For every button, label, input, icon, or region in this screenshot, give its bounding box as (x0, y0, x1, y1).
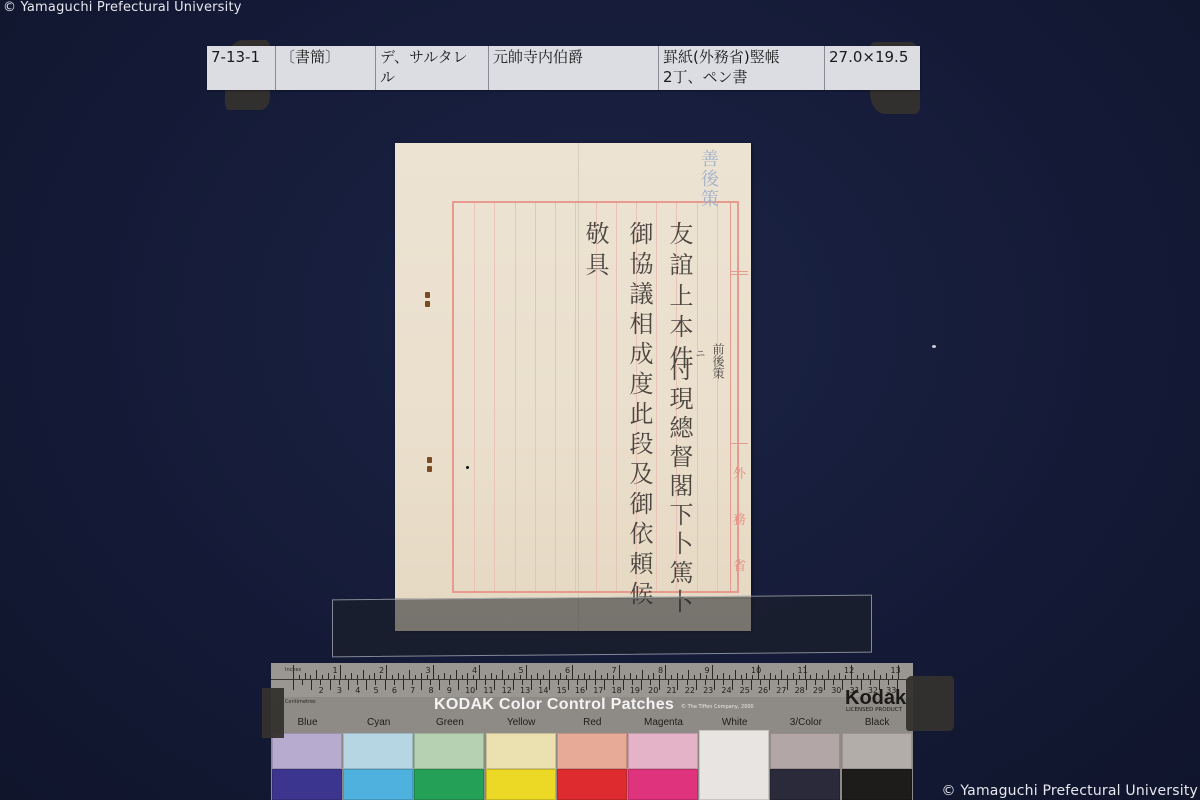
inch-tick (665, 665, 666, 679)
staple-hole-1 (425, 292, 430, 298)
inch-tick (485, 675, 486, 679)
inch-number: 12 (844, 666, 854, 675)
patch-label: Cyan (343, 717, 414, 728)
cm-tick (357, 680, 358, 685)
cm-number: 29 (813, 686, 823, 695)
inch-tick (630, 673, 631, 679)
interlinear-particle: ニ (691, 348, 706, 358)
cm-tick (677, 680, 678, 690)
cm-number: 8 (428, 686, 433, 695)
margin-rule-top (730, 271, 748, 272)
inch-tick (322, 675, 323, 679)
text-column-3: 敬具 (583, 221, 607, 283)
inch-tick (462, 675, 463, 679)
inch-tick (496, 675, 497, 679)
cm-tick (778, 680, 779, 685)
patch-saturated (842, 769, 912, 800)
inch-tick (799, 675, 800, 679)
inch-tick (764, 675, 765, 679)
label-cell: デ、サルタレ ル (376, 46, 489, 90)
ruled-line (697, 203, 698, 591)
ruled-line (515, 203, 516, 591)
inch-tick (619, 665, 620, 679)
card-copyright: © The Tiffen Company, 2000 (681, 704, 754, 710)
cm-tick (641, 680, 642, 690)
cm-tick (751, 680, 752, 690)
inch-tick (659, 675, 660, 679)
cm-tick (723, 680, 724, 685)
mount-pin (932, 345, 936, 348)
cm-number: 19 (630, 686, 640, 695)
patch-light (628, 733, 698, 769)
inch-tick (613, 675, 614, 679)
patch-light (272, 733, 342, 769)
cm-number: 25 (740, 686, 750, 695)
inch-tick (648, 675, 649, 679)
inch-tick (409, 670, 410, 679)
inch-tick (880, 675, 881, 679)
inch-tick (467, 673, 468, 679)
inch-tick (305, 673, 306, 679)
inch-tick (369, 675, 370, 679)
inch-tick (700, 673, 701, 679)
inch-tick (293, 665, 294, 679)
inch-tick (810, 675, 811, 679)
tape-card-right (906, 676, 954, 731)
inch-tick (456, 670, 457, 679)
margin-stamp-2: 務 (733, 509, 746, 528)
cm-tick (549, 680, 550, 690)
inch-tick (555, 675, 556, 679)
cm-number: 11 (483, 686, 493, 695)
inch-number: 11 (798, 666, 808, 675)
interlinear-note: 前後策 (710, 343, 727, 379)
cm-number: 5 (374, 686, 379, 695)
ruled-line (555, 203, 556, 591)
cm-tick (293, 680, 294, 690)
inch-tick (421, 673, 422, 679)
inch-tick (363, 670, 364, 679)
inch-number: 4 (472, 666, 477, 675)
card-title: KODAK Color Control Patches (434, 696, 674, 714)
inch-tick (514, 673, 515, 679)
copyright-watermark-top: © Yamaguchi Prefectural University (3, 0, 242, 15)
cm-number: 20 (648, 686, 658, 695)
patch-light (343, 733, 413, 769)
inch-tick (787, 675, 788, 679)
cm-tick (531, 680, 532, 690)
cm-number: 9 (447, 686, 452, 695)
inch-tick (403, 675, 404, 679)
cm-tick (824, 680, 825, 690)
cm-tick (787, 680, 788, 690)
cm-tick (714, 680, 715, 690)
patch-label: Red (557, 717, 628, 728)
inch-number: 7 (612, 666, 617, 675)
cm-tick (769, 680, 770, 690)
staple-hole-4 (427, 466, 432, 472)
cm-tick (339, 680, 340, 685)
inch-tick (845, 675, 846, 679)
inch-tick (839, 673, 840, 679)
inch-tick (729, 675, 730, 679)
cm-number: 26 (758, 686, 768, 695)
cm-tick (806, 680, 807, 690)
inch-tick (688, 670, 689, 679)
cm-number: 17 (593, 686, 603, 695)
cm-number: 30 (831, 686, 841, 695)
patch-saturated (272, 769, 342, 800)
inch-tick (502, 670, 503, 679)
cm-number: 22 (685, 686, 695, 695)
catalog-label: 7-13-1〔書簡〕デ、サルタレ ル元帥寺内伯爵罫紙(外務省)竪帳 2丁、ペン書… (207, 46, 920, 90)
margin-rule (730, 201, 731, 593)
inch-tick (624, 675, 625, 679)
patch-light (414, 733, 484, 769)
cm-tick (568, 680, 569, 690)
cm-number: 27 (776, 686, 786, 695)
inch-tick (822, 675, 823, 679)
cm-tick (467, 680, 468, 685)
inch-tick (374, 673, 375, 679)
inch-tick (328, 673, 329, 679)
cm-tick (632, 680, 633, 685)
cm-number: 10 (465, 686, 475, 695)
inch-tick (642, 670, 643, 679)
inch-number: 8 (658, 666, 663, 675)
label-cell: 元帥寺内伯爵 (489, 46, 659, 90)
cm-number: 18 (612, 686, 622, 695)
inch-tick (334, 675, 335, 679)
inch-tick (671, 675, 672, 679)
inch-number: 1 (333, 666, 338, 675)
inch-number: 5 (519, 666, 524, 675)
inch-tick (392, 675, 393, 679)
cm-tick (385, 680, 386, 690)
patch-label: Magenta (628, 717, 699, 728)
cm-tick (476, 680, 477, 690)
cm-number: 28 (795, 686, 805, 695)
label-cell: 27.0×19.5 (825, 46, 920, 90)
copyright-watermark-bottom: © Yamaguchi Prefectural University (942, 783, 1199, 799)
cm-number: 14 (538, 686, 548, 695)
patch-light (770, 733, 840, 769)
inch-tick (491, 673, 492, 679)
measurement-ruler: Inches 123456789101112132345678910111213… (271, 663, 913, 697)
cm-tick (494, 680, 495, 690)
acrylic-weight-bar (332, 595, 872, 658)
inch-tick (712, 665, 713, 679)
inch-tick (595, 670, 596, 679)
cm-tick (375, 680, 376, 685)
ruled-line (575, 203, 576, 591)
inch-tick (834, 675, 835, 679)
cm-number: 21 (666, 686, 676, 695)
inch-tick (351, 673, 352, 679)
inch-tick (781, 670, 782, 679)
inch-tick (572, 665, 573, 679)
cm-tick (604, 680, 605, 690)
inch-tick (345, 675, 346, 679)
inch-tick (444, 673, 445, 679)
ruled-line (474, 203, 475, 591)
inch-tick (828, 670, 829, 679)
cm-number: 3 (337, 686, 342, 695)
cm-tick (668, 680, 669, 685)
cm-tick (439, 680, 440, 690)
cm-tick (577, 680, 578, 685)
inch-tick (735, 670, 736, 679)
inch-tick (578, 675, 579, 679)
cm-tick (522, 680, 523, 685)
inch-tick (566, 675, 567, 679)
centimetres-label: Centimetres (285, 699, 316, 705)
ruled-line (494, 203, 495, 591)
inch-tick (427, 675, 428, 679)
cm-number: 24 (721, 686, 731, 695)
pencil-note: 善後策 (695, 149, 721, 209)
label-cell: 罫紙(外務省)竪帳 2丁、ペン書 (659, 46, 825, 90)
cm-number: 23 (703, 686, 713, 695)
cm-tick (888, 680, 889, 685)
cm-tick (412, 680, 413, 685)
cm-number: 4 (355, 686, 360, 695)
text-column-1b: 付現總督閣下卜篤卜 (667, 357, 691, 618)
inch-tick (450, 675, 451, 679)
patch-label: Black (842, 717, 913, 728)
inch-tick (601, 675, 602, 679)
inch-tick (299, 675, 300, 679)
cm-tick (302, 680, 303, 685)
cm-tick (796, 680, 797, 685)
inch-tick (741, 675, 742, 679)
inch-tick (398, 673, 399, 679)
text-column-2: 御協議相成度此段及御依頼候 (627, 221, 651, 611)
cm-tick (366, 680, 367, 690)
cm-tick (659, 680, 660, 690)
patch-saturated (486, 769, 556, 800)
cm-tick (595, 680, 596, 685)
cm-tick (650, 680, 651, 685)
cm-number: 15 (557, 686, 567, 695)
cm-tick (311, 680, 312, 690)
inch-tick (433, 665, 434, 679)
ruled-line (616, 203, 617, 591)
cm-tick (394, 680, 395, 685)
inch-number: 3 (426, 666, 431, 675)
cm-tick (833, 680, 834, 685)
inch-tick (892, 675, 893, 679)
inch-tick (636, 675, 637, 679)
inch-tick (386, 665, 387, 679)
label-cell: 7-13-1 (207, 46, 276, 90)
patch-saturated (414, 769, 484, 800)
cm-tick (870, 680, 871, 685)
inch-tick (886, 673, 887, 679)
inch-tick (717, 675, 718, 679)
patch-label: White (699, 717, 770, 728)
inch-tick (584, 673, 585, 679)
patch-light (842, 733, 912, 769)
inch-tick (560, 673, 561, 679)
cm-tick (330, 680, 331, 690)
cm-tick (558, 680, 559, 685)
inch-tick (415, 675, 416, 679)
tape-card-left (262, 688, 284, 738)
inch-tick (520, 675, 521, 679)
cm-tick (348, 680, 349, 690)
inch-tick (793, 673, 794, 679)
cm-tick (449, 680, 450, 685)
inch-tick (752, 675, 753, 679)
inch-tick (380, 675, 381, 679)
inch-number: 6 (565, 666, 570, 675)
inch-tick (706, 675, 707, 679)
inch-tick (868, 675, 869, 679)
inch-tick (816, 673, 817, 679)
margin-stamp-1: 外 (733, 463, 746, 482)
inch-number: 13 (891, 666, 901, 675)
inch-number: 2 (379, 666, 384, 675)
cm-tick (430, 680, 431, 685)
text-column-1a: 友誼上本件 (667, 221, 691, 376)
inch-tick (479, 665, 480, 679)
letter-sheet: 外 務 省 善後策 友誼上本件 付現總督閣下卜篤卜 前後策 ニ 御協議相成度此段… (395, 143, 751, 631)
margin-rule-top2 (730, 274, 748, 275)
licensed-product-text: LICENSED PRODUCT (846, 707, 902, 713)
cm-tick (320, 680, 321, 685)
cm-tick (732, 680, 733, 690)
patch-saturated (557, 769, 627, 800)
inch-tick (770, 673, 771, 679)
cm-number: 6 (392, 686, 397, 695)
patch-label: 3/Color (770, 717, 841, 728)
inch-tick (310, 675, 311, 679)
patch-light (557, 733, 627, 769)
cm-tick (504, 680, 505, 685)
inch-tick (508, 675, 509, 679)
margin-rule-bottom (730, 443, 748, 444)
inch-tick (857, 675, 858, 679)
cm-tick (842, 680, 843, 690)
ruled-line (535, 203, 536, 591)
cm-tick (851, 680, 852, 685)
patch-saturated (628, 769, 698, 800)
ruled-line (656, 203, 657, 591)
inch-tick (537, 673, 538, 679)
cm-tick (458, 680, 459, 690)
cm-number: 13 (520, 686, 530, 695)
patch-saturated (343, 769, 413, 800)
cm-tick (687, 680, 688, 685)
cm-tick (696, 680, 697, 690)
cm-tick (513, 680, 514, 690)
cm-tick (421, 680, 422, 690)
inch-tick (682, 675, 683, 679)
inch-number: 9 (705, 666, 710, 675)
cm-tick (540, 680, 541, 685)
cm-tick (623, 680, 624, 690)
inch-number: 10 (751, 666, 761, 675)
inch-tick (653, 673, 654, 679)
inch-tick (357, 675, 358, 679)
cm-tick (815, 680, 816, 685)
inch-tick (438, 675, 439, 679)
inch-tick (874, 670, 875, 679)
inch-tick (316, 670, 317, 679)
inch-tick (694, 675, 695, 679)
cm-tick (760, 680, 761, 685)
patch-label: Yellow (486, 717, 557, 728)
patch-white (699, 730, 769, 800)
label-cell: 〔書簡〕 (276, 46, 376, 90)
cm-number: 12 (502, 686, 512, 695)
kodak-color-card: Inches 123456789101112132345678910111213… (271, 663, 913, 800)
ruled-line (717, 203, 718, 591)
inch-tick (723, 673, 724, 679)
inch-tick (473, 675, 474, 679)
ink-dot (466, 466, 469, 469)
cm-tick (485, 680, 486, 685)
cm-tick (613, 680, 614, 685)
inch-tick (340, 665, 341, 679)
cm-number: 16 (575, 686, 585, 695)
cm-tick (705, 680, 706, 685)
inch-tick (746, 673, 747, 679)
cm-tick (586, 680, 587, 690)
patch-light (486, 733, 556, 769)
staple-hole-2 (425, 301, 430, 307)
inch-tick (549, 670, 550, 679)
inch-tick (775, 675, 776, 679)
inch-tick (543, 675, 544, 679)
inch-tick (863, 673, 864, 679)
inch-tick (526, 665, 527, 679)
cm-tick (403, 680, 404, 690)
cm-number: 2 (319, 686, 324, 695)
cm-tick (742, 680, 743, 685)
cm-number: 7 (410, 686, 415, 695)
inch-tick (589, 675, 590, 679)
patch-label: Green (414, 717, 485, 728)
staple-hole-3 (427, 457, 432, 463)
inch-tick (531, 675, 532, 679)
margin-stamp-3: 省 (733, 555, 746, 574)
patch-saturated (770, 769, 840, 800)
inch-tick (607, 673, 608, 679)
inch-tick (677, 673, 678, 679)
